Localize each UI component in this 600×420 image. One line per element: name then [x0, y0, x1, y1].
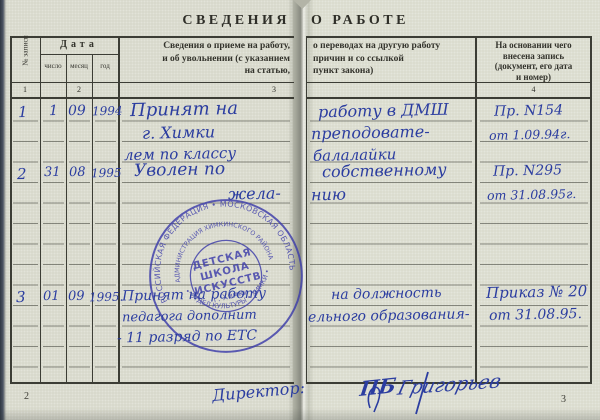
column-number-2: 2 — [40, 85, 118, 94]
header-date-year: год — [92, 62, 118, 70]
table-line — [590, 36, 592, 384]
table-line — [40, 54, 118, 55]
table-line — [10, 36, 294, 38]
header-work-info-left: Сведения о приеме на работу, и об увольн… — [120, 40, 290, 78]
record-text: Уволен по — [134, 159, 225, 181]
record-text: педагога дополнит — [122, 308, 257, 326]
header-line: о переводах на другую работу — [313, 40, 488, 53]
record-year: 1994 — [92, 104, 123, 119]
record-day: 01 — [43, 289, 60, 304]
header-date-day: число — [40, 62, 66, 70]
section-title-left: СВЕДЕНИЯ — [150, 13, 290, 29]
record-text: Принят на — [130, 98, 238, 121]
record-basis: Пр. N295 — [493, 162, 562, 179]
ruled-lines — [95, 101, 116, 382]
header-line: На основании чего — [477, 40, 590, 51]
record-basis: Приказ № 20 — [486, 282, 588, 302]
column-number-4: 4 — [477, 85, 590, 94]
ruled-lines — [69, 101, 90, 382]
page-number-left: 2 — [24, 391, 29, 402]
record-basis: от 1.09.94г. — [489, 126, 571, 143]
ruled-lines — [13, 101, 38, 382]
record-month: 09 — [68, 103, 86, 119]
record-text: работу в ДМШ — [318, 100, 449, 122]
header-line: Сведения о приеме на работу, — [120, 40, 290, 53]
table-line — [10, 82, 294, 83]
table-line — [306, 36, 592, 38]
record-day: 1 — [49, 103, 58, 119]
header-date: Дата — [40, 39, 118, 50]
record-text: собственному — [322, 160, 447, 182]
record-basis: от 31.08.95. — [489, 306, 582, 324]
workbook-scan: СВЕДЕНИЯ О РАБОТЕ № записи Дата число ме… — [0, 0, 600, 420]
record-month: 09 — [68, 289, 85, 304]
record-month: 08 — [69, 165, 86, 180]
signature-stroke — [352, 368, 482, 416]
header-line: внесена запись — [477, 51, 590, 62]
page-number-right: 3 — [561, 394, 566, 405]
header-line: (документ, его дата — [477, 61, 590, 72]
column-number-3: 3 — [262, 85, 286, 94]
table-line — [306, 97, 592, 99]
column-number-1: 1 — [10, 85, 40, 94]
record-basis: Пр. N154 — [494, 102, 563, 119]
header-record-number: № записи — [21, 29, 30, 73]
record-text: нию — [311, 185, 346, 205]
header-line: на статью, — [120, 65, 290, 78]
ruled-lines — [43, 101, 64, 382]
record-number: 2 — [17, 165, 27, 183]
header-date-month: месяц — [66, 62, 92, 70]
record-text: г. Химки — [142, 122, 215, 143]
record-text: Принят на работу — [122, 285, 266, 304]
book-edge — [0, 0, 7, 420]
record-number: 1 — [18, 103, 28, 121]
header-line: и об увольнении (с указанием — [120, 53, 290, 66]
record-text: - 11 разряд по ЕТС — [117, 328, 257, 347]
header-line: причин и со ссылкой — [313, 53, 488, 66]
bottom-shadow — [0, 408, 600, 420]
record-year: 1995. — [89, 290, 124, 305]
record-year: 1995 — [91, 166, 122, 181]
record-number: 3 — [16, 288, 26, 306]
header-basis: На основании чего внесена запись (докуме… — [477, 40, 590, 82]
record-text: на должность — [331, 285, 442, 303]
record-text: преподовате- — [311, 122, 430, 143]
header-line: пункт закона) — [313, 65, 488, 78]
section-title-right: О РАБОТЕ — [311, 13, 409, 29]
record-basis: от 31.08.95г. — [487, 186, 577, 203]
table-line — [306, 82, 592, 83]
header-line: и номер) — [477, 72, 590, 83]
record-day: 31 — [44, 165, 61, 180]
header-work-info-right: о переводах на другую работу причин и со… — [313, 40, 488, 78]
